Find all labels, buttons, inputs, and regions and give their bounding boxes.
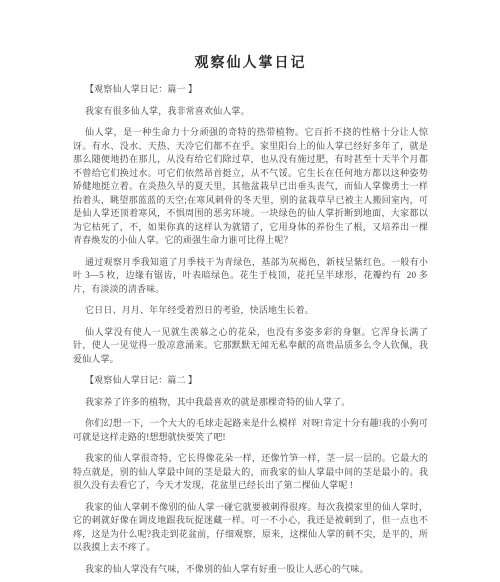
- paragraph: 通过观察月季我知道了月季枝干为青绿色，基部为灰褐色，新枝呈紫红色。一般有小叶 3…: [73, 256, 428, 297]
- paragraph: 它日日、月月、年年经受着烈日的考验，快活地生长着。: [73, 304, 428, 318]
- paragraph: 我家的仙人掌没有气味，不像别的仙人掌有好重一股让人恶心的气味。: [73, 563, 428, 577]
- paragraph: 我家的仙人掌很奇特，它长得像花朵一样，还像竹笋一样，茎一层一层的。它最大的特点就…: [73, 452, 428, 493]
- document-title: 观察仙人掌日记: [73, 54, 428, 74]
- paragraph: 我家养了许多的植物，其中我最喜欢的就是那棵奇特的仙人掌了。: [73, 396, 428, 410]
- section-heading-part1: 【观察仙人掌日记：篇一 】: [73, 83, 428, 97]
- paragraph: 仙人掌，是一种生命力十分顽强的奇特的热带植物。它百折不挠的性格十分让人惊讶。有水…: [73, 126, 428, 248]
- paragraph: 你们幻想一下，一个大大的毛球走起路来是什么模样 对呀!肯定十分有趣!我的小狗可可…: [73, 417, 428, 444]
- paragraph: 我家的仙人掌刺不像别的仙人掌一碰它就要被刺得很疼。每次我摸家里的仙人掌时，它的刺…: [73, 501, 428, 555]
- paragraph: 我家有很多仙人掌，我非常喜欢仙人掌。: [73, 105, 428, 119]
- section-heading-part2: 【观察仙人掌日记：篇二 】: [73, 374, 428, 388]
- paragraph: 仙人掌没有使人一见就生羡慕之心的花朵，也没有多姿多彩的身躯。它浑身长满了针，使人…: [73, 326, 428, 367]
- document-page: 观察仙人掌日记 【观察仙人掌日记：篇一 】 我家有很多仙人掌，我非常喜欢仙人掌。…: [0, 0, 500, 582]
